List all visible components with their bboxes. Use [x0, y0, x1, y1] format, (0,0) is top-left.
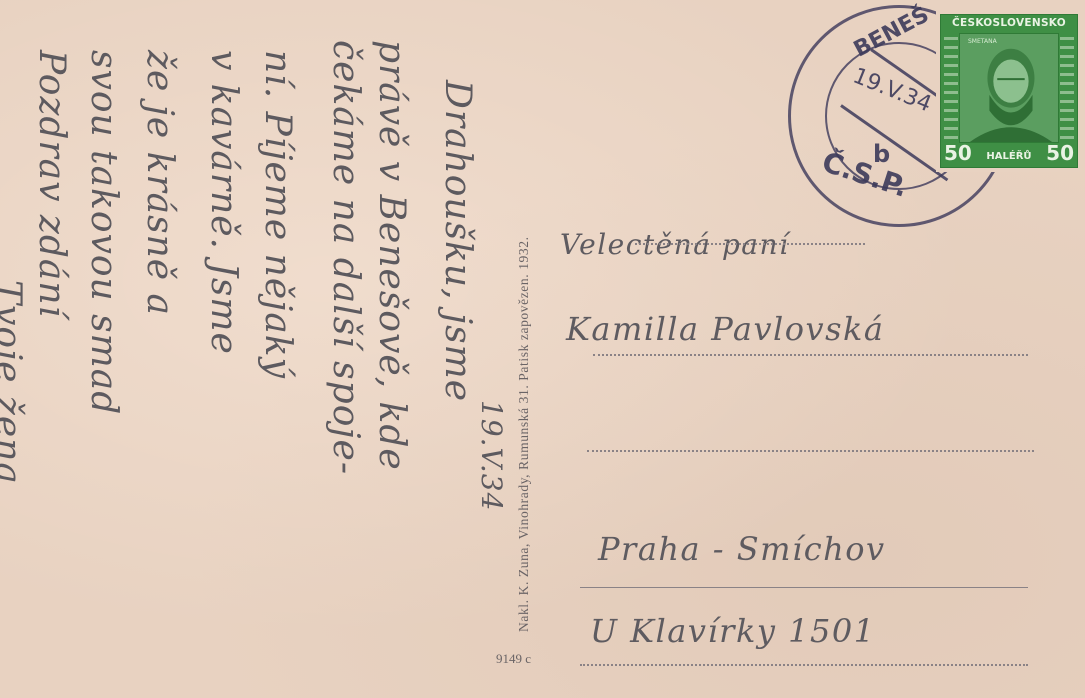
message-signature: Tvoje žena — [0, 280, 28, 485]
publisher-imprint: Nakl. K. Zuna, Vinohrady, Rumunská 31. P… — [516, 236, 532, 632]
address-line-4 — [580, 587, 1028, 588]
address-street: U Klavírky 1501 — [590, 612, 876, 650]
stamp-portrait: SMETANA — [959, 33, 1059, 143]
message-column-2: právě v Benešově, kde — [371, 40, 412, 471]
message-column-8: Pozdrav zdání — [31, 50, 72, 318]
message-column-5: v kavárně. Jsme — [203, 50, 244, 355]
address-line-3 — [587, 450, 1034, 452]
portrait-icon — [960, 34, 1058, 142]
message-column-4: ní. Píjeme nějaký — [257, 50, 298, 379]
stamp-value-right: 50 — [1046, 141, 1074, 165]
address-line-2 — [593, 354, 1028, 356]
catalog-number: 9149 c — [496, 651, 531, 667]
message-column-6: že je krásně a — [139, 50, 180, 316]
message-column-1: Drahoušku, jsme — [437, 80, 478, 402]
address-line-5 — [580, 664, 1028, 666]
message-column-3: čekáme na další spoje- — [325, 40, 366, 475]
postcard: Drahoušku, jsme 19.V.34 právě v Benešově… — [0, 0, 1085, 698]
address-line-1 — [635, 243, 865, 245]
stamp-country: ČESKOSLOVENSKO — [941, 17, 1077, 29]
stamp-side-ornament-left — [944, 37, 958, 139]
postage-stamp: ČESKOSLOVENSKO SMETANA 50 HALÉŘŮ 50 — [936, 10, 1082, 172]
address-city: Praha - Smíchov — [598, 530, 886, 568]
stamp-frame: ČESKOSLOVENSKO SMETANA 50 HALÉŘŮ 50 — [940, 14, 1078, 168]
stamp-portrait-label: SMETANA — [968, 38, 997, 45]
address-name: Kamilla Pavlovská — [566, 310, 885, 348]
message-column-7: svou takovou smad — [83, 50, 124, 415]
stamp-side-ornament-right — [1060, 37, 1074, 139]
message-date: 19.V.34 — [475, 400, 508, 511]
